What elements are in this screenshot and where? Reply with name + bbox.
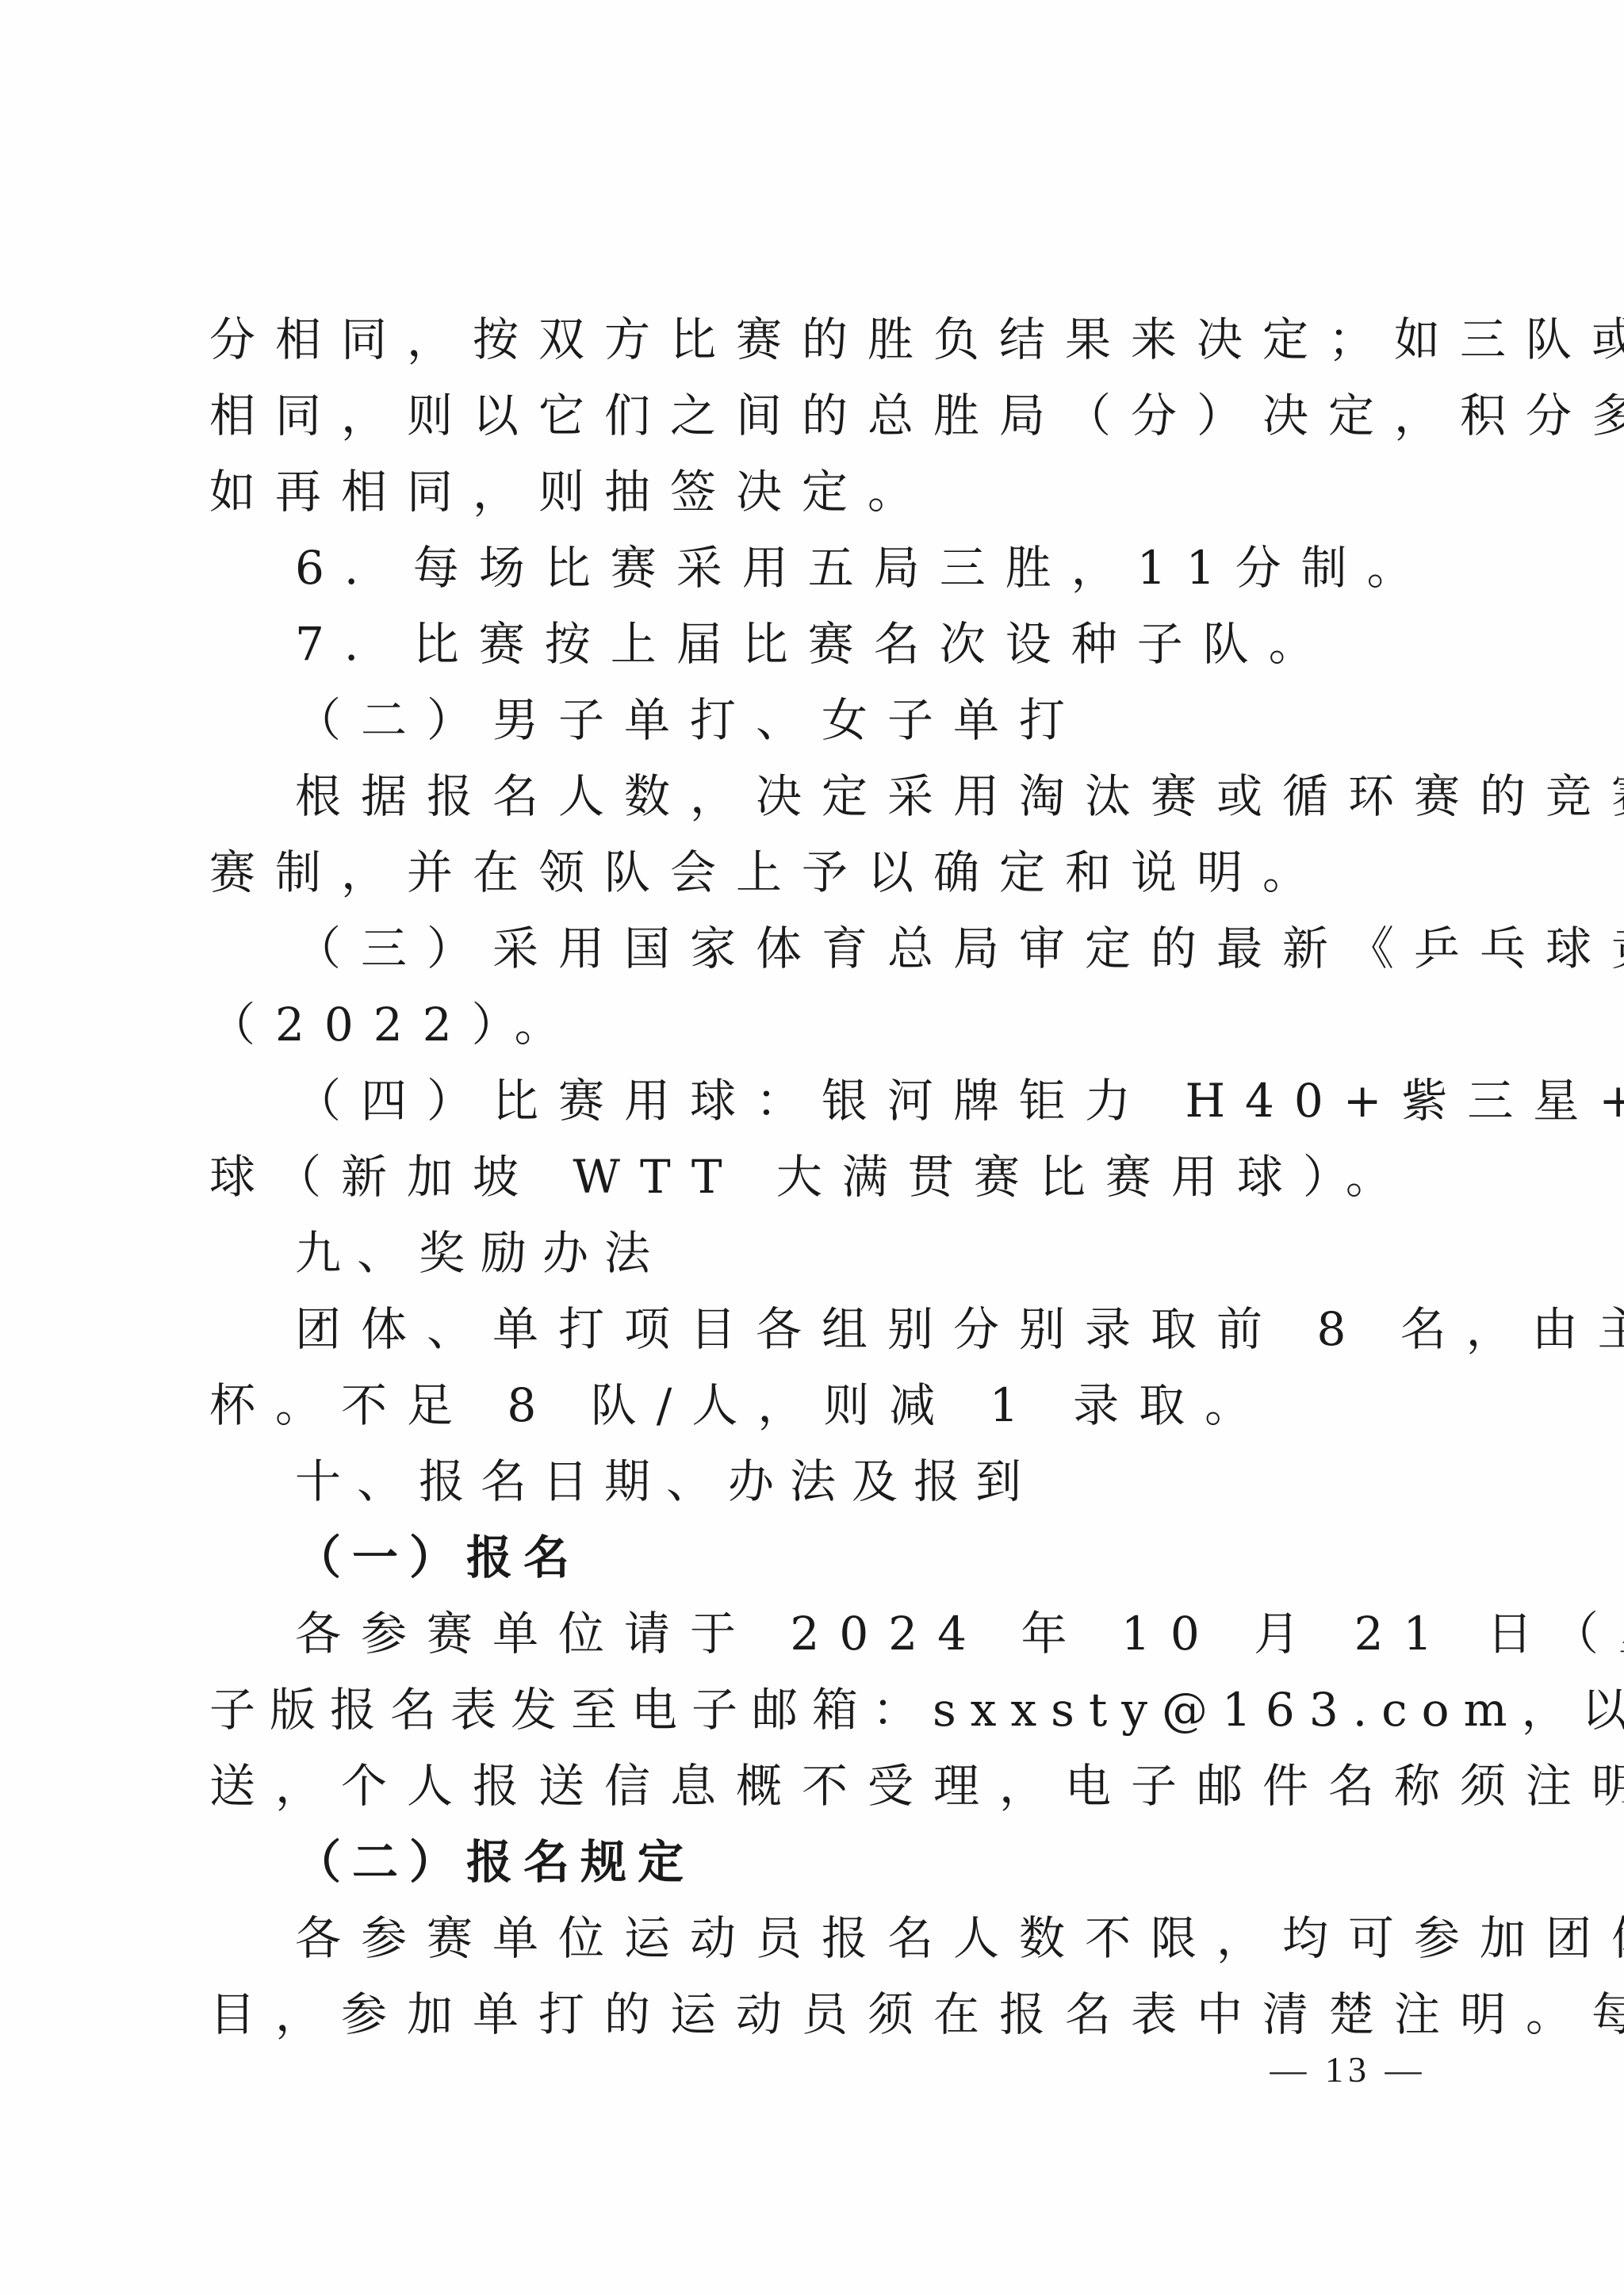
- section-heading-registration: 十、报名日期、办法及报到: [295, 1443, 1516, 1519]
- subsection-heading-registration-rules: （二）报名规定: [295, 1824, 1516, 1900]
- body-text-line: 各参赛单位运动员报名人数不限，均可参加团体和单打项: [295, 1900, 1516, 1976]
- body-text-line: 杯。不足 8 队/人，则减 1 录取。: [209, 1367, 1431, 1443]
- section-heading-mens-womens-singles: （二）男子单打、女子单打: [295, 682, 1516, 758]
- list-item-7: 7. 比赛按上届比赛名次设种子队。: [295, 606, 1516, 682]
- body-text-line: （2022）。: [209, 987, 1431, 1063]
- body-text-line: 根据报名人数，决定采用淘汰赛或循环赛的竞赛办法和具体: [295, 758, 1516, 834]
- body-text-line: 分相同，按双方比赛的胜负结果来决定；如三队或三队以上积分: [209, 301, 1431, 377]
- body-text-line: 赛制，并在领队会上予以确定和说明。: [209, 834, 1431, 910]
- body-text-line-match-ball: （四）比赛用球：银河牌钜力 H40+紫三星+WTT 红标精选: [295, 1063, 1516, 1139]
- body-text-line: 球（新加坡 WTT 大满贯赛比赛用球）。: [209, 1139, 1431, 1215]
- page-number: — 13 —: [1269, 2046, 1427, 2094]
- body-text-line: 目，参加单打的运动员须在报名表中清楚注明。每单位可报领队: [209, 1976, 1431, 2052]
- document-page: 分相同，按双方比赛的胜负结果来决定；如三队或三队以上积分 相同，则以它们之间的总…: [0, 0, 1624, 2295]
- body-text-line-rules: （三）采用国家体育总局审定的最新《乒乓球竞赛规则》: [295, 910, 1516, 987]
- body-text-line: 如再相同，则抽签决定。: [209, 454, 1431, 530]
- subsection-heading-registration: （一）报名: [295, 1519, 1516, 1596]
- body-text-line-deadline: 各参赛单位请于 2024 年 10 月 21 日（星期一）18:00 前将电: [295, 1596, 1516, 1672]
- body-text-line: 团体、单打项目各组别分别录取前 8 名，由主办单位颁发奖: [295, 1291, 1516, 1367]
- section-heading-awards: 九、奖励办法: [295, 1215, 1516, 1291]
- body-text-line-email: 子版报名表发至电子邮箱：sxxsty@163.com，以学校为单位进行报: [209, 1672, 1431, 1748]
- body-text-line: 相同，则以它们之间的总胜局（分）决定，积分多者名次在前。: [209, 377, 1431, 454]
- body-text-line: 送，个人报送信息概不受理，电子邮件名称须注明学校名称。: [209, 1748, 1431, 1824]
- list-item-6: 6. 每场比赛采用五局三胜，11分制。: [295, 530, 1516, 606]
